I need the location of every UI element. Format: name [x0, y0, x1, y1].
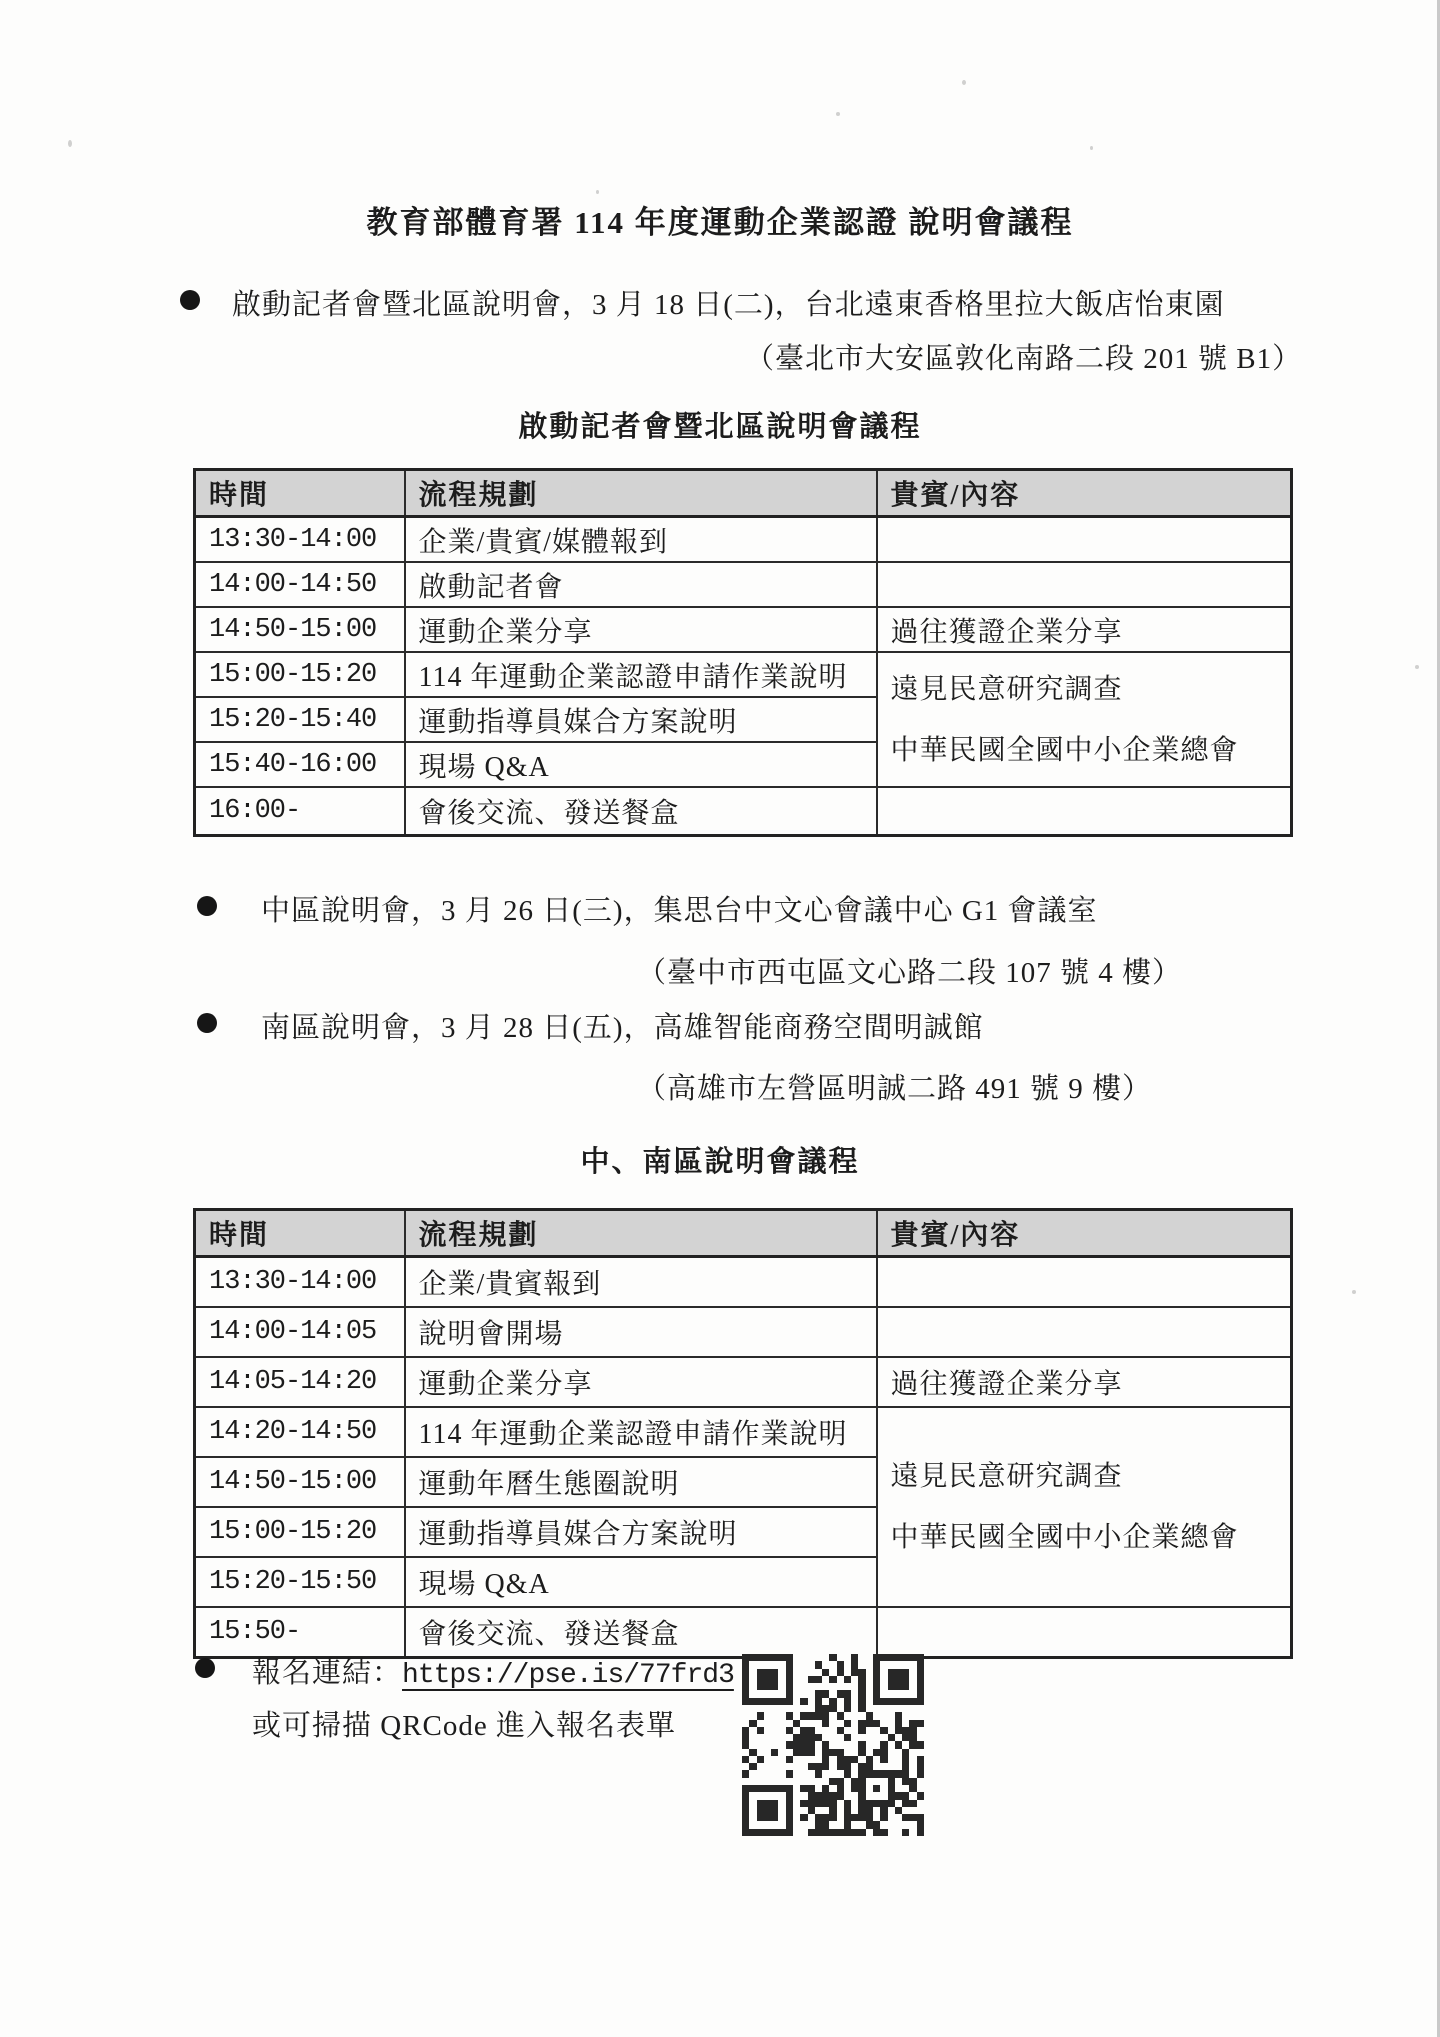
- guest-org-line2: 中華民國全國中小企業總會: [891, 1520, 1285, 1555]
- cell-time: 13:30-14:00: [195, 517, 405, 563]
- cell-time: 15:00-15:20: [195, 652, 405, 697]
- guest-org-line1: 遠見民意研究調查: [891, 672, 1285, 707]
- scan-artifact: [1090, 146, 1093, 150]
- registration-label-line: 報名連結：https://pse.is/77frd3: [252, 1650, 734, 1691]
- cell-plan: 企業/貴賓報到: [405, 1257, 877, 1308]
- cell-plan: 運動企業分享: [405, 1357, 877, 1407]
- cell-time: 15:20-15:40: [195, 697, 405, 742]
- cell-plan: 運動企業分享: [405, 607, 877, 652]
- event-north-text: 啟動記者會暨北區說明會，3 月 18 日(二)，台北遠東香格里拉大飯店怡東園: [232, 282, 1225, 323]
- event-south-address: （高雄市左營區明誠二路 491 號 9 樓）: [637, 1066, 1152, 1107]
- cell-guest: [877, 1257, 1292, 1308]
- cell-time: 14:05-14:20: [195, 1357, 405, 1407]
- table-row: 16:00- 會後交流、發送餐盒: [195, 787, 1292, 836]
- cell-time: 15:00-15:20: [195, 1507, 405, 1557]
- cell-time: 14:50-15:00: [195, 607, 405, 652]
- cell-guest-merged: 遠見民意研究調查 中華民國全國中小企業總會: [877, 1407, 1292, 1607]
- table-row: 15:00-15:20 114 年運動企業認證申請作業說明 遠見民意研究調查 中…: [195, 652, 1292, 697]
- cell-guest: [877, 1307, 1292, 1357]
- qr-code: [742, 1654, 924, 1836]
- table-row: 13:30-14:00 企業/貴賓/媒體報到: [195, 517, 1292, 563]
- table-row: 14:05-14:20 運動企業分享 過往獲證企業分享: [195, 1357, 1292, 1407]
- table-header-row: 時間 流程規劃 貴賓/內容: [195, 1210, 1292, 1257]
- cell-time: 14:00-14:05: [195, 1307, 405, 1357]
- cell-plan: 運動指導員媒合方案說明: [405, 1507, 877, 1557]
- cell-plan: 企業/貴賓/媒體報到: [405, 517, 877, 563]
- scan-artifact: [1352, 1290, 1356, 1294]
- section1-heading: 啟動記者會暨北區說明會議程: [0, 404, 1440, 445]
- section2-heading: 中、南區說明會議程: [0, 1139, 1440, 1180]
- registration-label: 報名連結：: [252, 1657, 402, 1689]
- col-header-plan: 流程規劃: [405, 470, 877, 517]
- event-north-address: （臺北市大安區敦化南路二段 201 號 B1）: [745, 336, 1302, 377]
- cell-guest: [877, 562, 1292, 607]
- col-header-guest: 貴賓/內容: [877, 1210, 1292, 1257]
- cell-time: 15:40-16:00: [195, 742, 405, 787]
- cell-time: 14:50-15:00: [195, 1457, 405, 1507]
- cell-time: 16:00-: [195, 787, 405, 836]
- col-header-guest: 貴賓/內容: [877, 470, 1292, 517]
- agenda-table-central-south: 時間 流程規劃 貴賓/內容 13:30-14:00 企業/貴賓報到 14:00-…: [193, 1208, 1293, 1659]
- cell-guest: 過往獲證企業分享: [877, 607, 1292, 652]
- cell-plan: 說明會開場: [405, 1307, 877, 1357]
- table-row: 14:50-15:00 運動企業分享 過往獲證企業分享: [195, 607, 1292, 652]
- registration-bullet: 報名連結：https://pse.is/77frd3: [195, 1650, 734, 1691]
- cell-time: 15:20-15:50: [195, 1557, 405, 1607]
- page-title: 教育部體育署 114 年度運動企業認證 說明會議程: [0, 197, 1440, 242]
- cell-plan: 現場 Q&A: [405, 742, 877, 787]
- col-header-time: 時間: [195, 1210, 405, 1257]
- cell-time: 14:20-14:50: [195, 1407, 405, 1457]
- cell-plan: 114 年運動企業認證申請作業說明: [405, 652, 877, 697]
- event-south-text: 南區說明會，3 月 28 日(五)，高雄智能商務空間明誠館: [261, 1005, 984, 1046]
- cell-plan: 運動年曆生態圈說明: [405, 1457, 877, 1507]
- cell-guest: [877, 1607, 1292, 1658]
- event-south: 南區說明會，3 月 28 日(五)，高雄智能商務空間明誠館: [197, 1005, 984, 1046]
- cell-time: 13:30-14:00: [195, 1257, 405, 1308]
- bullet-icon: [197, 1013, 217, 1033]
- cell-plan: 現場 Q&A: [405, 1557, 877, 1607]
- scan-artifact: [836, 112, 840, 116]
- table-row: 14:00-14:05 說明會開場: [195, 1307, 1292, 1357]
- table-header-row: 時間 流程規劃 貴賓/內容: [195, 470, 1292, 517]
- table-row: 14:00-14:50 啟動記者會: [195, 562, 1292, 607]
- event-north: 啟動記者會暨北區說明會，3 月 18 日(二)，台北遠東香格里拉大飯店怡東園: [180, 282, 1225, 323]
- event-central: 中區說明會，3 月 26 日(三)，集思台中文心會議中心 G1 會議室: [197, 888, 1098, 929]
- registration-note: 或可掃描 QRCode 進入報名表單: [252, 1703, 676, 1744]
- cell-guest: 過往獲證企業分享: [877, 1357, 1292, 1407]
- cell-plan: 114 年運動企業認證申請作業說明: [405, 1407, 877, 1457]
- bullet-icon: [180, 290, 200, 310]
- cell-guest-merged: 遠見民意研究調查 中華民國全國中小企業總會: [877, 652, 1292, 787]
- cell-plan: 運動指導員媒合方案說明: [405, 697, 877, 742]
- guest-org-line1: 遠見民意研究調查: [891, 1459, 1285, 1494]
- scan-artifact: [962, 80, 966, 85]
- cell-plan: 啟動記者會: [405, 562, 877, 607]
- cell-guest: [877, 787, 1292, 836]
- scan-artifact: [1415, 665, 1419, 669]
- cell-guest: [877, 517, 1292, 563]
- table-row: 14:20-14:50 114 年運動企業認證申請作業說明 遠見民意研究調查 中…: [195, 1407, 1292, 1457]
- registration-link[interactable]: https://pse.is/77frd3: [402, 1660, 734, 1691]
- guest-org-line2: 中華民國全國中小企業總會: [891, 733, 1285, 768]
- cell-plan: 會後交流、發送餐盒: [405, 787, 877, 836]
- bullet-icon: [195, 1658, 215, 1678]
- event-central-address: （臺中市西屯區文心路二段 107 號 4 樓）: [637, 950, 1182, 991]
- col-header-time: 時間: [195, 470, 405, 517]
- document-page: 教育部體育署 114 年度運動企業認證 說明會議程 啟動記者會暨北區說明會，3 …: [0, 0, 1440, 2037]
- agenda-table-north: 時間 流程規劃 貴賓/內容 13:30-14:00 企業/貴賓/媒體報到 14:…: [193, 468, 1293, 837]
- scan-artifact: [596, 190, 599, 194]
- scan-artifact: [68, 140, 72, 147]
- col-header-plan: 流程規劃: [405, 1210, 877, 1257]
- bullet-icon: [197, 896, 217, 916]
- event-central-text: 中區說明會，3 月 26 日(三)，集思台中文心會議中心 G1 會議室: [261, 888, 1098, 929]
- table-row: 13:30-14:00 企業/貴賓報到: [195, 1257, 1292, 1308]
- cell-time: 14:00-14:50: [195, 562, 405, 607]
